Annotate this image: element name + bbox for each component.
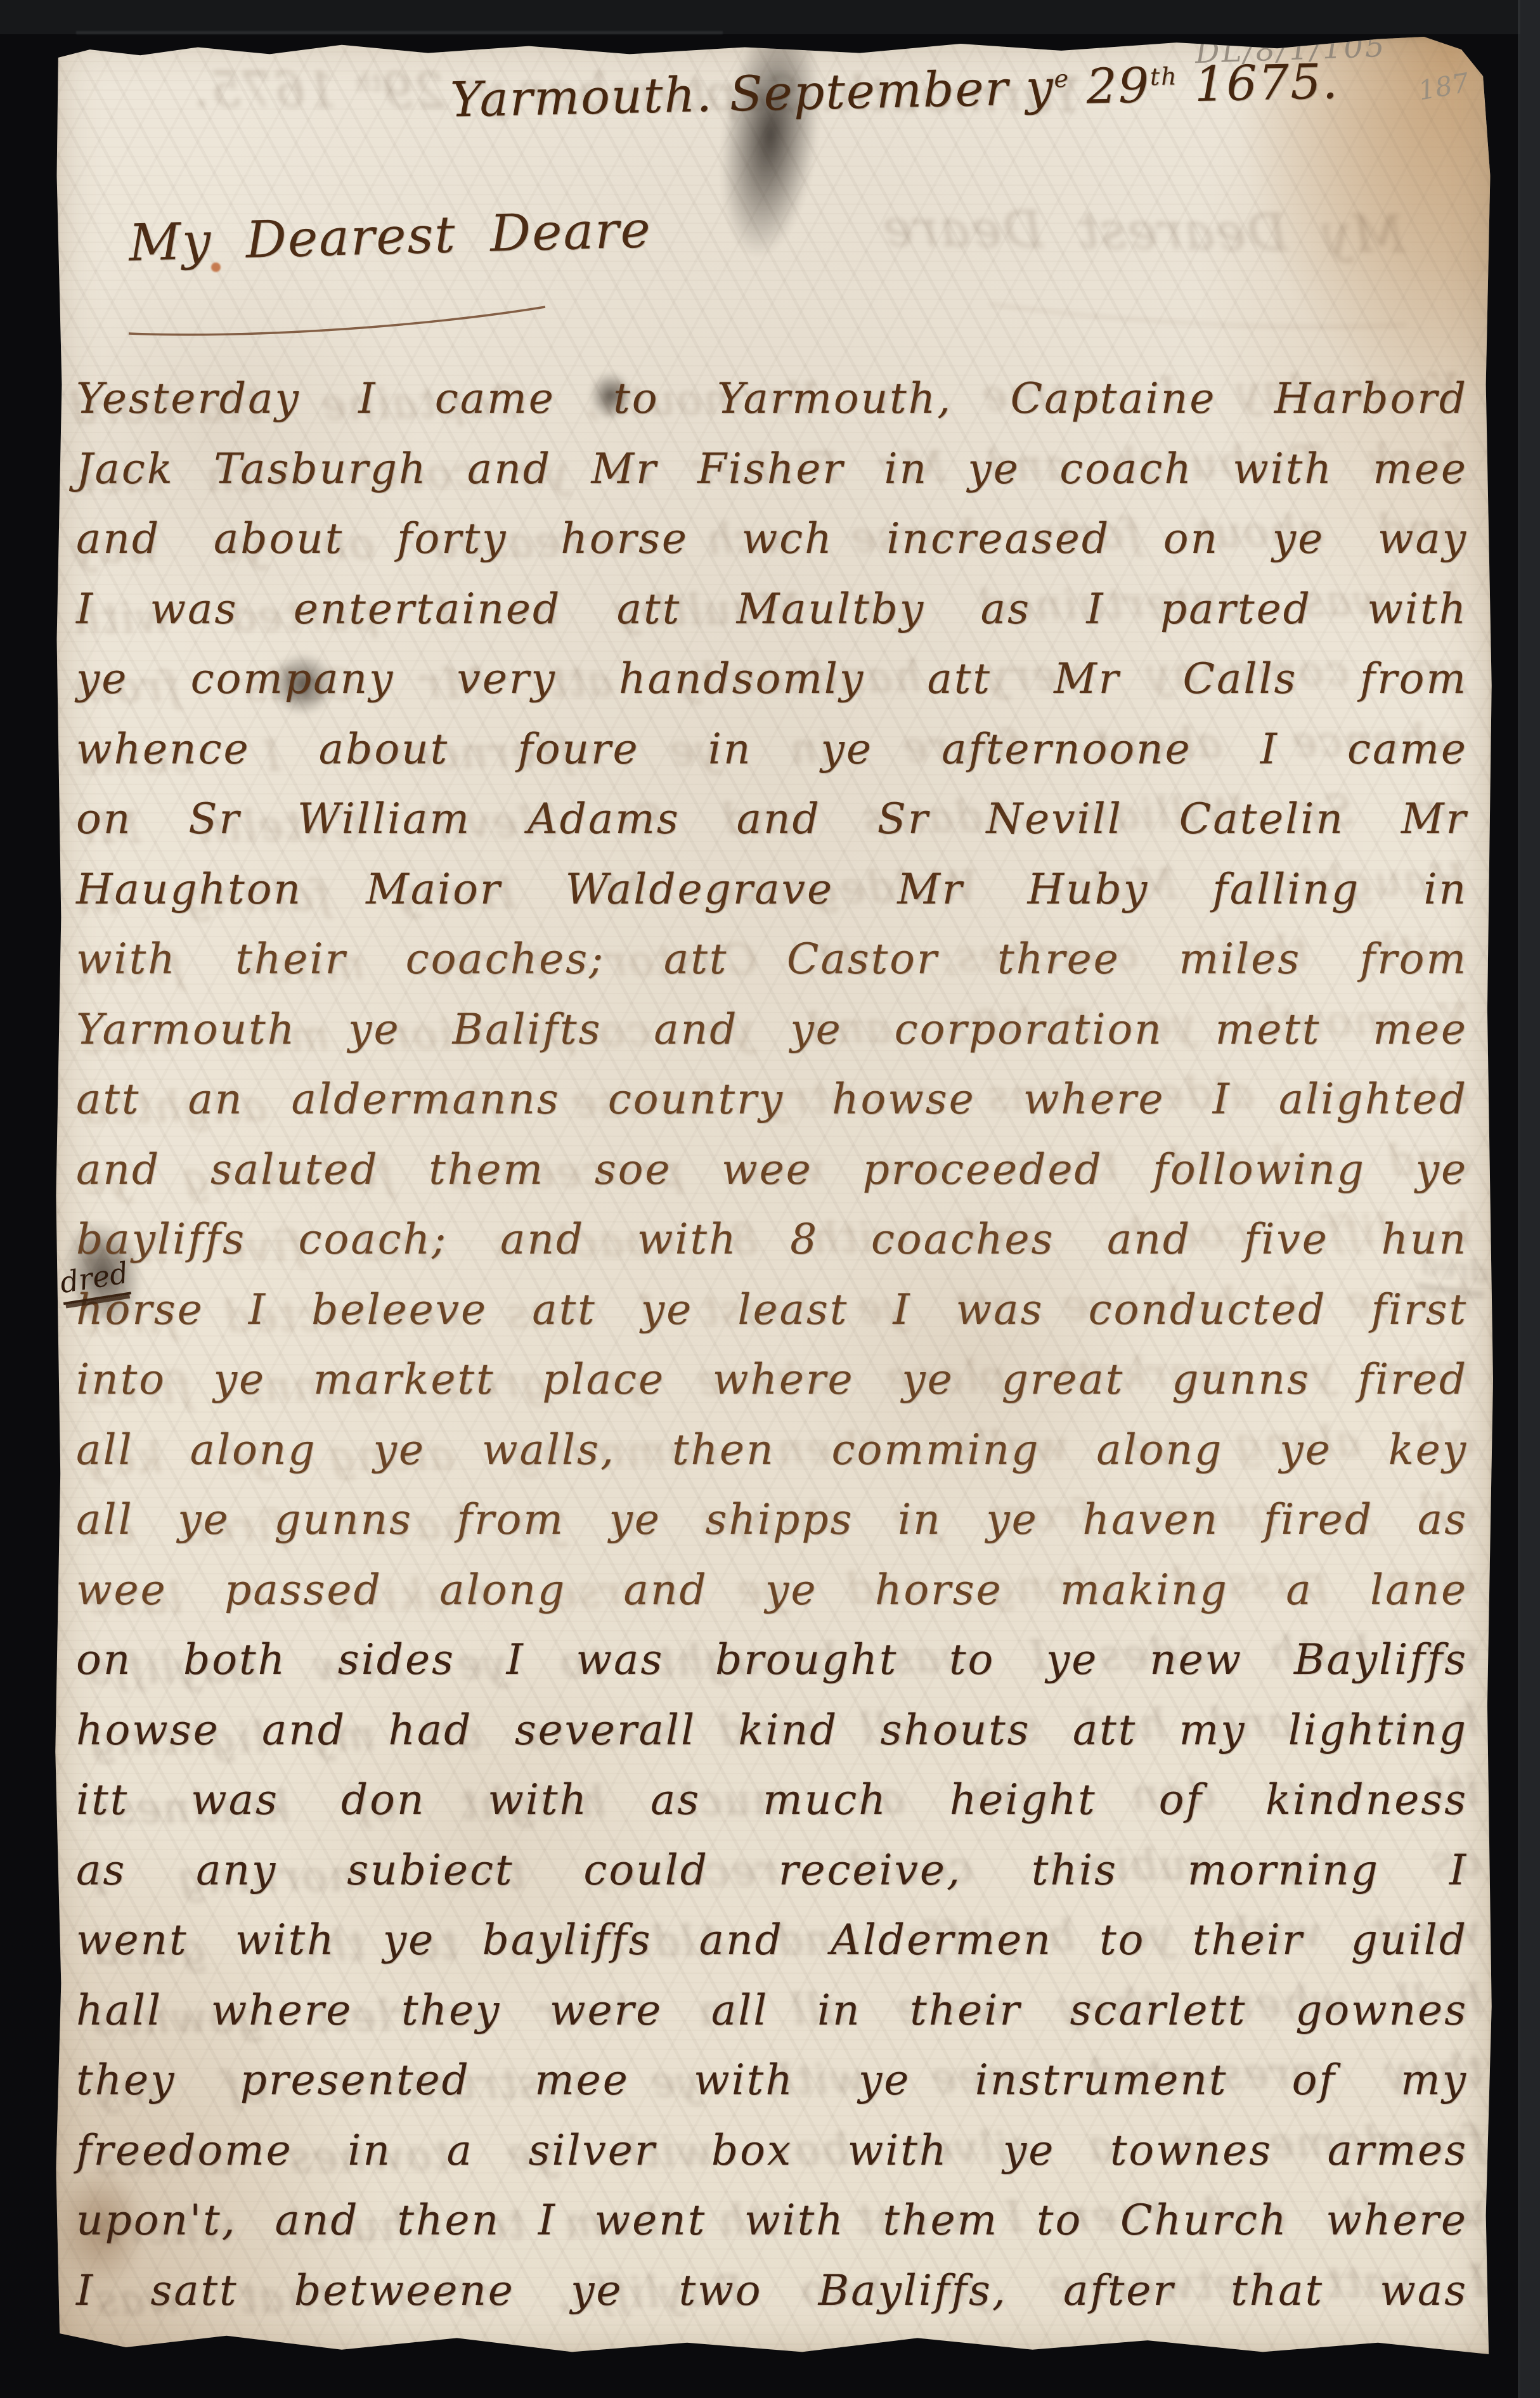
manuscript-line: on Sr William Adams and Sr Nevill Cateli… <box>76 794 1468 865</box>
letter-page: Yarmouth. September ye 29th 1675. My Dea… <box>54 37 1493 2354</box>
dateline-text: 1675. <box>1177 53 1340 112</box>
manuscript-line: hall where they were all in their scarle… <box>76 1986 1468 2056</box>
manuscript-line: Yarmouth ye Balifts and ye corporation m… <box>76 1005 1468 1075</box>
mount-right-strip <box>1520 0 1540 2398</box>
flourish-underline <box>124 302 567 346</box>
photograph-background: Yarmouth. September ye 29th 1675. My Dea… <box>0 0 1540 2398</box>
manuscript-line: on both sides I was brought to ye new Ba… <box>76 1635 1468 1706</box>
dateline-text: 29 <box>1069 57 1151 115</box>
manuscript-line: went with ye bayliffs and Aldermen to th… <box>76 1915 1468 1986</box>
manuscript-line: Yesterday I came to Yarmouth, Captaine H… <box>76 374 1468 444</box>
manuscript-line: Jack Tasburgh and Mr Fisher in ye coach … <box>76 444 1468 515</box>
manuscript-line: and about forty horse wch increased on y… <box>76 514 1468 585</box>
manuscript-line: with their coaches; att Castor three mil… <box>76 935 1468 1005</box>
manuscript-line: att an aldermanns country howse where I … <box>76 1075 1468 1145</box>
manuscript-line: into ye markett place where ye great gun… <box>76 1355 1468 1425</box>
manuscript-line: horse I beleeve att ye least I was condu… <box>76 1285 1468 1356</box>
dateline-superscript: e <box>1054 65 1070 93</box>
mount-top-band <box>0 0 1540 34</box>
manuscript-line: they presented mee with ye instrument of… <box>76 2056 1468 2126</box>
manuscript-line: Haughton Maior Waldegrave Mr Huby fallin… <box>76 865 1468 935</box>
manuscript-line: ye company very handsomly att Mr Calls f… <box>76 654 1468 725</box>
manuscript-line: howse and had severall kind shouts att m… <box>76 1706 1468 1776</box>
letter-content: Yarmouth. September ye 29th 1675. My Dea… <box>54 37 1493 2354</box>
salutation: My Dearest Deare <box>128 200 652 273</box>
manuscript-line: I was entertained att Maultby as I parte… <box>76 585 1468 655</box>
manuscript-line: and saluted them soe wee proceeded follo… <box>76 1145 1468 1215</box>
dateline-superscript: th <box>1149 62 1178 91</box>
manuscript-line: whence about foure in ye afternoone I ca… <box>76 725 1468 795</box>
mount-right-edge-line <box>1518 0 1520 2398</box>
letter-body: Yesterday I came to Yarmouth, Captaine H… <box>76 374 1468 2336</box>
manuscript-line: all along ye walls, then comming along y… <box>76 1425 1468 1496</box>
manuscript-line: as any subiect could receive, this morni… <box>76 1846 1468 1916</box>
paper-edge-highlight <box>1490 380 1498 2354</box>
manuscript-line: I satt betweene ye two Bayliffs, after t… <box>76 2266 1468 2336</box>
mount-seam <box>76 31 723 34</box>
manuscript-line: wee passed along and ye horse making a l… <box>76 1565 1468 1636</box>
manuscript-line: upon't, and then I went with them to Chu… <box>76 2196 1468 2266</box>
manuscript-line: all ye gunns from ye shipps in ye haven … <box>76 1495 1468 1565</box>
dateline-text: Yarmouth. September y <box>450 59 1054 128</box>
manuscript-line: bayliffs coach; and with 8 coaches and f… <box>76 1215 1468 1285</box>
manuscript-line: itt was don with as much height of kindn… <box>76 1775 1468 1846</box>
manuscript-line: freedome in a silver box with ye townes … <box>76 2126 1468 2196</box>
dateline: Yarmouth. September ye 29th 1675. <box>450 53 1339 127</box>
